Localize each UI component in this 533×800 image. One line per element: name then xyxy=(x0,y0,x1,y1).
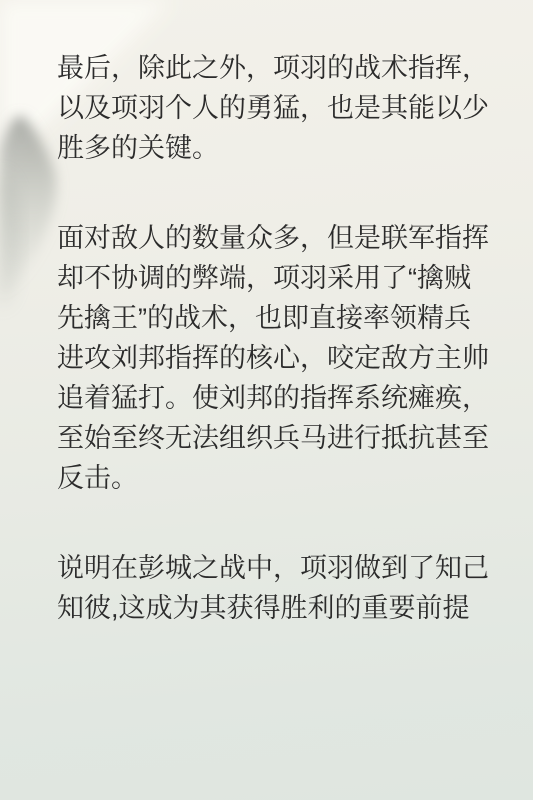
paragraph-3: 说明在彭城之战中，项羽做到了知己 知彼,这成为其获得胜利的重要前提 xyxy=(57,548,493,628)
reader-page: 最后，除此之外，项羽的战术指挥， 以及项羽个人的勇猛，也是其能以少 胜多的关键。… xyxy=(0,0,533,800)
paragraph-1: 最后，除此之外，项羽的战术指挥， 以及项羽个人的勇猛，也是其能以少 胜多的关键。 xyxy=(57,48,493,168)
article-body: 最后，除此之外，项羽的战术指挥， 以及项羽个人的勇猛，也是其能以少 胜多的关键。… xyxy=(0,0,533,628)
paragraph-2: 面对敌人的数量众多，但是联军指挥 却不协调的弊端，项羽采用了“擒贼 先擒王”的战… xyxy=(57,218,493,498)
